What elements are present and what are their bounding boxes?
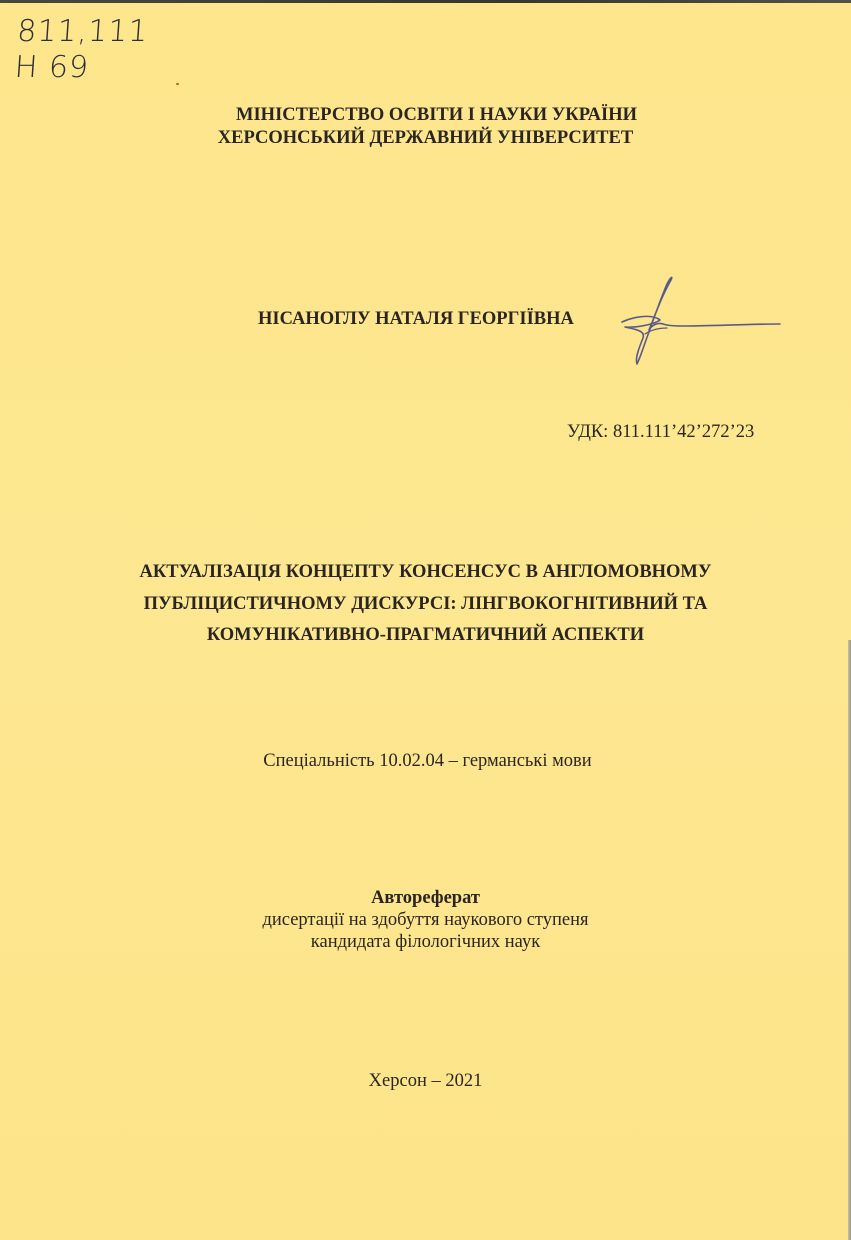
title-line-1: АКТУАЛІЗАЦІЯ КОНЦЕПТУ КОНСЕНСУС В АНГЛОМ… [0, 557, 851, 589]
dissertation-title: АКТУАЛІЗАЦІЯ КОНЦЕПТУ КОНСЕНСУС В АНГЛОМ… [0, 557, 851, 652]
udk-code: УДК: 811.111’42’272’23 [567, 422, 754, 443]
handwritten-library-code: 811,111 Н 69 [13, 14, 149, 86]
abstract-line-2: кандидата філологічних наук [0, 931, 851, 953]
handwritten-code-line-1: 811,111 [16, 14, 150, 50]
handwritten-code-line-2: Н 69 [13, 50, 147, 86]
university-name: ХЕРСОНСЬКИЙ ДЕРЖАВНИЙ УНІВЕРСИТЕТ [0, 127, 851, 150]
author-name: НІСАНОГЛУ НАТАЛЯ ГЕОРГІЇВНА [258, 309, 574, 330]
city-year: Херсон – 2021 [0, 1071, 851, 1092]
title-line-2: ПУБЛІЦИСТИЧНОМУ ДИСКУРСІ: ЛІНГВОКОГНІТИВ… [0, 589, 851, 621]
specialty: Спеціальність 10.02.04 – германські мови [0, 751, 851, 772]
abstract-heading: Автореферат [0, 887, 851, 909]
red-mark [176, 83, 179, 85]
scan-top-edge [0, 0, 851, 3]
abstract-description: Автореферат дисертації на здобуття науко… [0, 887, 851, 953]
ministry-name: МІНІСТЕРСТВО ОСВІТИ І НАУКИ УКРАЇНИ [0, 104, 851, 127]
title-line-3: КОМУНІКАТИВНО-ПРАГМАТИЧНИЙ АСПЕКТИ [0, 620, 851, 652]
abstract-line-1: дисертації на здобуття наукового ступеня [0, 909, 851, 931]
document-page: 811,111 Н 69 МІНІСТЕРСТВО ОСВІТИ І НАУКИ… [0, 0, 851, 1240]
signature-icon [615, 272, 790, 372]
institution-header: МІНІСТЕРСТВО ОСВІТИ І НАУКИ УКРАЇНИ ХЕРС… [0, 104, 851, 150]
